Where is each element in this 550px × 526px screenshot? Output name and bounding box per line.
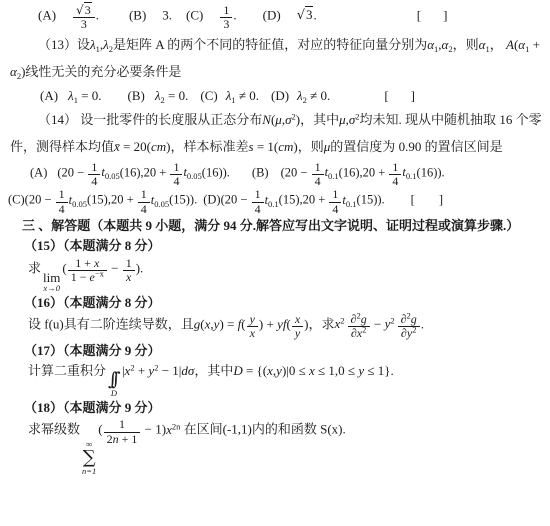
option-a-label: (A) — [30, 165, 47, 179]
option-a-label: (A) — [40, 88, 58, 103]
option-a-label: (A) — [38, 7, 56, 22]
p17-header: （17）（本题满分 9 分） — [6, 341, 544, 361]
p15-body: 求limx→0(1 + x1 − e−x − 1x). — [6, 257, 544, 293]
option-b-label: (B) — [128, 88, 145, 103]
option-d-label: (D) — [263, 7, 281, 22]
option-d-label: (D) — [271, 88, 289, 103]
option-b-label: (B) — [252, 165, 269, 179]
p18-header: （18）（本题满分 9 分） — [6, 398, 544, 418]
option-c-label: (C) — [200, 88, 217, 103]
option-c-label: (C) — [8, 193, 25, 207]
q14-stem: （14） 设一批零件的长度服从正态分布N(μ,σ2)，其中μ,σ2均未知. 现从… — [6, 107, 544, 160]
answer-bracket-open: [ — [384, 88, 388, 103]
p17-body: 计算二重积分∫∫D|x2 + y2 − 1|dσ，其中D = {(x,y)|0 … — [6, 361, 544, 398]
p16-body: 设 f(u)具有二阶连续导数，且g(x,y) = f(yx) + yf(xy)，… — [6, 313, 544, 341]
q14-options-line-ab: (A)(20 − 14t0.05(16),20 + 14t0.05(16)).(… — [6, 161, 544, 189]
q12-options-line: (A)√33.(B)3.(C)13.(D)√3.[] — [6, 4, 544, 32]
q13-options-line: (A)λ1 = 0.(B)λ2 = 0.(C)λ1 ≠ 0.(D)λ2 ≠ 0.… — [6, 85, 544, 107]
option-b-label: (B) — [129, 7, 146, 22]
answer-bracket-close: ] — [443, 7, 447, 22]
answer-bracket-open: [ — [411, 193, 415, 207]
option-d-label: (D) — [203, 193, 220, 207]
answer-bracket-close: ] — [439, 193, 443, 207]
p16-header: （16）（本题满分 8 分） — [6, 293, 544, 313]
answer-bracket-open: [ — [417, 7, 421, 22]
section-3-header: 三 、解答题（本题共 9 小题，满分 94 分.解答应写出文字说明、证明过程或演… — [6, 216, 544, 236]
q14-options-line-cd: (C)(20 − 14t0.05(15),20 + 14t0.05(15)).(… — [6, 188, 544, 216]
p15-header: （15）（本题满分 8 分） — [6, 236, 544, 256]
q13-stem: （13）设λ1,λ2是矩阵 A 的两个不同的特征值，对应的特征向量分别为α1,α… — [6, 32, 544, 85]
answer-bracket-close: ] — [411, 88, 415, 103]
option-c-label: (C) — [186, 7, 203, 22]
p18-body: 求幂级数∞∑n=1(12n + 1 − 1)x2n 在区间(-1,1)内的和函数… — [6, 418, 544, 475]
exam-page: (A)√33.(B)3.(C)13.(D)√3.[] （13）设λ1,λ2是矩阵… — [0, 0, 550, 475]
